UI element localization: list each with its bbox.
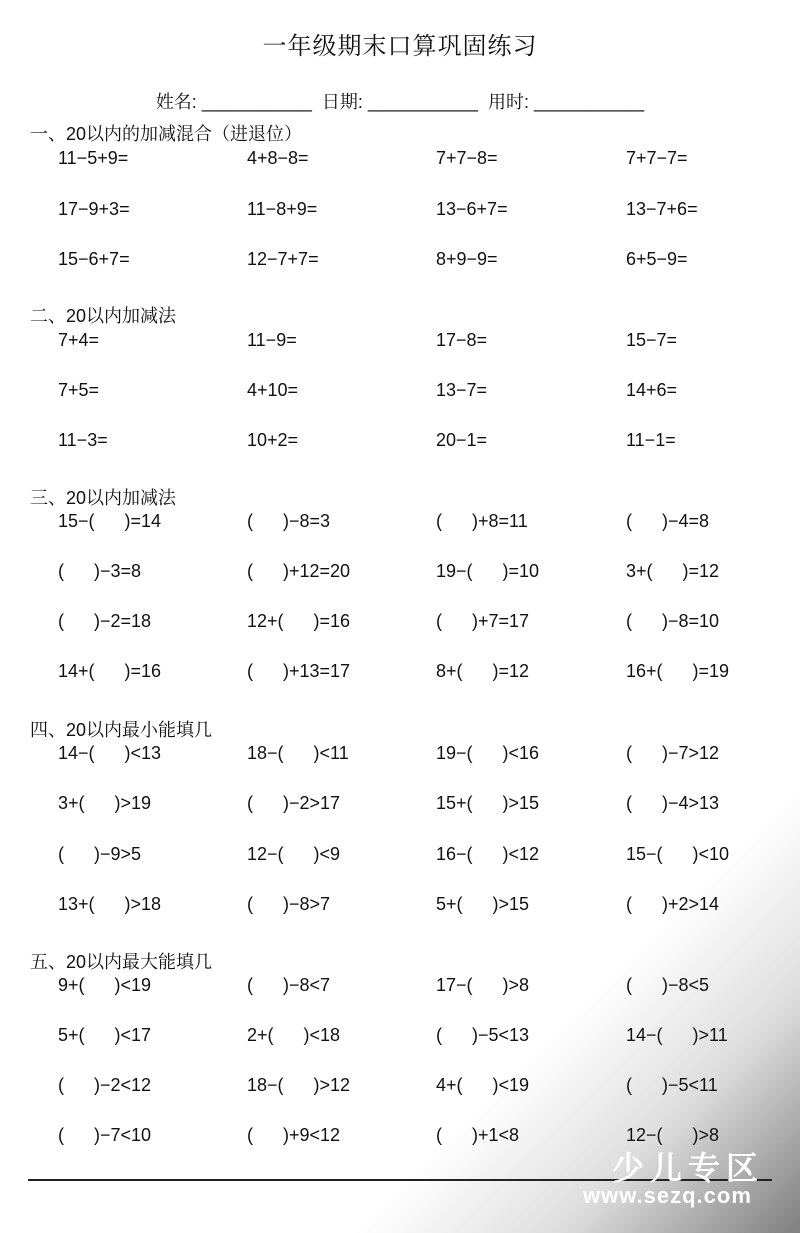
page-title: 一年级期末口算巩固练习: [0, 26, 800, 61]
problem: 13−6+7=: [436, 199, 508, 220]
problem: ( )−8<7: [247, 975, 330, 996]
problem: 17−9+3=: [58, 199, 130, 220]
problem-row: 11−3= 10+2= 20−1= 11−1=: [0, 430, 800, 454]
problem: 19−( )<16: [436, 743, 539, 764]
section-title: 五、20以内最大能填几: [30, 948, 212, 974]
problem: 9+( )<19: [58, 975, 151, 996]
problem: 13−7+6=: [626, 199, 698, 220]
problem: 11−1=: [626, 430, 676, 451]
problem: 6+5−9=: [626, 249, 688, 270]
watermark-url: www.sezq.com: [583, 1183, 752, 1209]
problem: ( )−4=8: [626, 511, 709, 532]
problem: 15−( )<10: [626, 844, 729, 865]
problem: ( )−8<5: [626, 975, 709, 996]
problem: 7+4=: [58, 330, 99, 351]
problem: ( )−7>12: [626, 743, 719, 764]
problem: 3+( )>19: [58, 793, 151, 814]
problem: 10+2=: [247, 430, 298, 451]
problem: 15−( )=14: [58, 511, 161, 532]
problem: 12−( )<9: [247, 844, 340, 865]
problem-row: 11−5+9= 4+8−8= 7+7−8= 7+7−7=: [0, 148, 800, 172]
problem: 13−7=: [436, 380, 487, 401]
problem: 15−6+7=: [58, 249, 130, 270]
section-title: 四、20以内最小能填几: [30, 716, 212, 742]
problem: 7+5=: [58, 380, 99, 401]
problem: 2+( )<18: [247, 1025, 340, 1046]
problem: 17−8=: [436, 330, 487, 351]
problem-row: 13+( )>18 ( )−8>7 5+( )>15 ( )+2>14: [0, 894, 800, 918]
problem: 18−( )<11: [247, 743, 349, 764]
problem: ( )−8>7: [247, 894, 330, 915]
section-title: 二、20以内加减法: [30, 302, 176, 328]
problem: 5+( )<17: [58, 1025, 151, 1046]
problem: 16−( )<12: [436, 844, 539, 865]
problem: ( )−4>13: [626, 793, 719, 814]
problem-row: ( )−9>5 12−( )<9 16−( )<12 15−( )<10: [0, 844, 800, 868]
problem: ( )+12=20: [247, 561, 350, 582]
problem-row: 14+( )=16 ( )+13=17 8+( )=12 16+( )=19: [0, 661, 800, 685]
problem: ( )+9<12: [247, 1125, 340, 1146]
problem: 11−8+9=: [247, 199, 317, 220]
section-title: 一、20以内的加减混合（进退位）: [30, 120, 302, 146]
problem: ( )−2<12: [58, 1075, 151, 1096]
problem: 11−9=: [247, 330, 297, 351]
problem: 12−7+7=: [247, 249, 319, 270]
problem: ( )−5<11: [626, 1075, 718, 1096]
problem: 16+( )=19: [626, 661, 729, 682]
problem-row: ( )−3=8 ( )+12=20 19−( )=10 3+( )=12: [0, 561, 800, 585]
problem: 15−7=: [626, 330, 677, 351]
problem: 7+7−8=: [436, 148, 498, 169]
problem-row: 7+4= 11−9= 17−8= 15−7=: [0, 330, 800, 354]
problem: 15+( )>15: [436, 793, 539, 814]
problem-row: 9+( )<19 ( )−8<7 17−( )>8 ( )−8<5: [0, 975, 800, 999]
problem-row: 14−( )<13 18−( )<11 19−( )<16 ( )−7>12: [0, 743, 800, 767]
problem: 20−1=: [436, 430, 487, 451]
problem: ( )−8=10: [626, 611, 719, 632]
problem: 17−( )>8: [436, 975, 529, 996]
problem: 4+( )<19: [436, 1075, 529, 1096]
problem: ( )+7=17: [436, 611, 529, 632]
problem-row: 15−( )=14 ( )−8=3 ( )+8=11 ( )−4=8: [0, 511, 800, 535]
problem: ( )−5<13: [436, 1025, 529, 1046]
problem: ( )−8=3: [247, 511, 330, 532]
problem: ( )+13=17: [247, 661, 350, 682]
problem-row: ( )−2=18 12+( )=16 ( )+7=17 ( )−8=10: [0, 611, 800, 635]
problem: 7+7−7=: [626, 148, 688, 169]
problem: 14+6=: [626, 380, 677, 401]
problem-row: ( )−2<12 18−( )>12 4+( )<19 ( )−5<11: [0, 1075, 800, 1099]
problem: 13+( )>18: [58, 894, 161, 915]
problem: 18−( )>12: [247, 1075, 350, 1096]
problem: ( )−9>5: [58, 844, 141, 865]
problem: ( )+1<8: [436, 1125, 519, 1146]
problem: ( )+8=11: [436, 511, 528, 532]
problem: ( )−7<10: [58, 1125, 151, 1146]
problem-row: 3+( )>19 ( )−2>17 15+( )>15 ( )−4>13: [0, 793, 800, 817]
problem: 14−( )>11: [626, 1025, 728, 1046]
problem: ( )−2>17: [247, 793, 340, 814]
problem: 14+( )=16: [58, 661, 161, 682]
problem-row: 15−6+7= 12−7+7= 8+9−9= 6+5−9=: [0, 249, 800, 273]
problem-row: 17−9+3= 11−8+9= 13−6+7= 13−7+6=: [0, 199, 800, 223]
problem: 4+8−8=: [247, 148, 309, 169]
problem: 11−3=: [58, 430, 108, 451]
problem: 5+( )>15: [436, 894, 529, 915]
problem: 14−( )<13: [58, 743, 161, 764]
problem-row: 5+( )<17 2+( )<18 ( )−5<13 14−( )>11: [0, 1025, 800, 1049]
problem: 3+( )=12: [626, 561, 719, 582]
problem: 4+10=: [247, 380, 298, 401]
student-info-line: 姓名: ___________ 日期: ___________ 用时: ____…: [0, 88, 800, 114]
problem: 8+( )=12: [436, 661, 529, 682]
problem-row: 7+5= 4+10= 13−7= 14+6=: [0, 380, 800, 404]
problem: 12+( )=16: [247, 611, 350, 632]
problem: 11−5+9=: [58, 148, 128, 169]
problem: 19−( )=10: [436, 561, 539, 582]
problem: 8+9−9=: [436, 249, 498, 270]
problem: ( )−2=18: [58, 611, 151, 632]
section-title: 三、20以内加减法: [30, 484, 176, 510]
problem: ( )+2>14: [626, 894, 719, 915]
problem: ( )−3=8: [58, 561, 141, 582]
